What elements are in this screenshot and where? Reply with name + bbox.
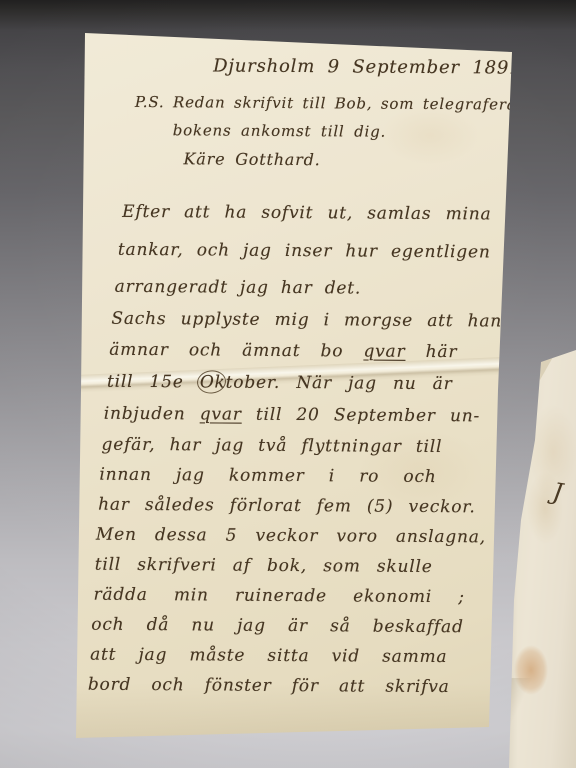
letter-line: gefär, har jag två flyttningar till [102, 435, 443, 457]
letter-line: ämnar och ämnat bo qvar här [109, 340, 457, 362]
letter-line: P.S. Redan skrifvit till Bob, som telegr… [135, 93, 525, 114]
letter-text: Djursholm 9 September 1891.P.S. Redan sk… [0, 0, 576, 768]
letter-line: Men dessa 5 veckor voro anslagna, [96, 525, 486, 548]
letter-line: rädda min ruinerade ekonomi ; [93, 585, 464, 608]
underlined-word: qvar [200, 404, 242, 424]
letter-line: Sachs upplyste mig i morgse att han [111, 309, 502, 332]
letter-line: har således förlorat fem (5) veckor. [98, 495, 476, 518]
letter-line: bord och fönster för att skrifva [88, 675, 450, 698]
letter-line: inbjuden qvar till 20 September un- [104, 404, 480, 427]
letter-line: till 15e Oktober. När jag nu är [107, 372, 453, 394]
letter-line: arrangeradt jag har det. [115, 277, 362, 299]
letter-dateline: Djursholm 9 September 1891. [213, 55, 528, 78]
partial-handwriting-glyph: J [551, 477, 565, 506]
letter-line: Käre Gotthard. [184, 149, 321, 169]
letter-line: bokens ankomst till dig. [173, 121, 386, 140]
paper-crease [505, 678, 539, 738]
letter-page: Djursholm 9 September 1891.P.S. Redan sk… [0, 0, 576, 768]
letter-line: tankar, och jag inser hur egentligen o- [118, 240, 522, 263]
letter-line: till skrifveri af bok, som skulle [95, 555, 433, 577]
corner-fold [533, 355, 555, 381]
letter-line: innan jag kommer i ro och [99, 465, 436, 487]
underlined-word: qvar [363, 342, 405, 362]
letter-line: och då nu jag är så beskaffad [91, 615, 463, 638]
letter-line: att jag måste sitta vid samma [90, 645, 447, 667]
letter-line: Efter att ha sofvit ut, samlas mina [122, 202, 491, 225]
photo-background: J Djursholm 9 September 1891.P.S. Redan … [0, 0, 576, 768]
second-paper: J [505, 348, 576, 768]
